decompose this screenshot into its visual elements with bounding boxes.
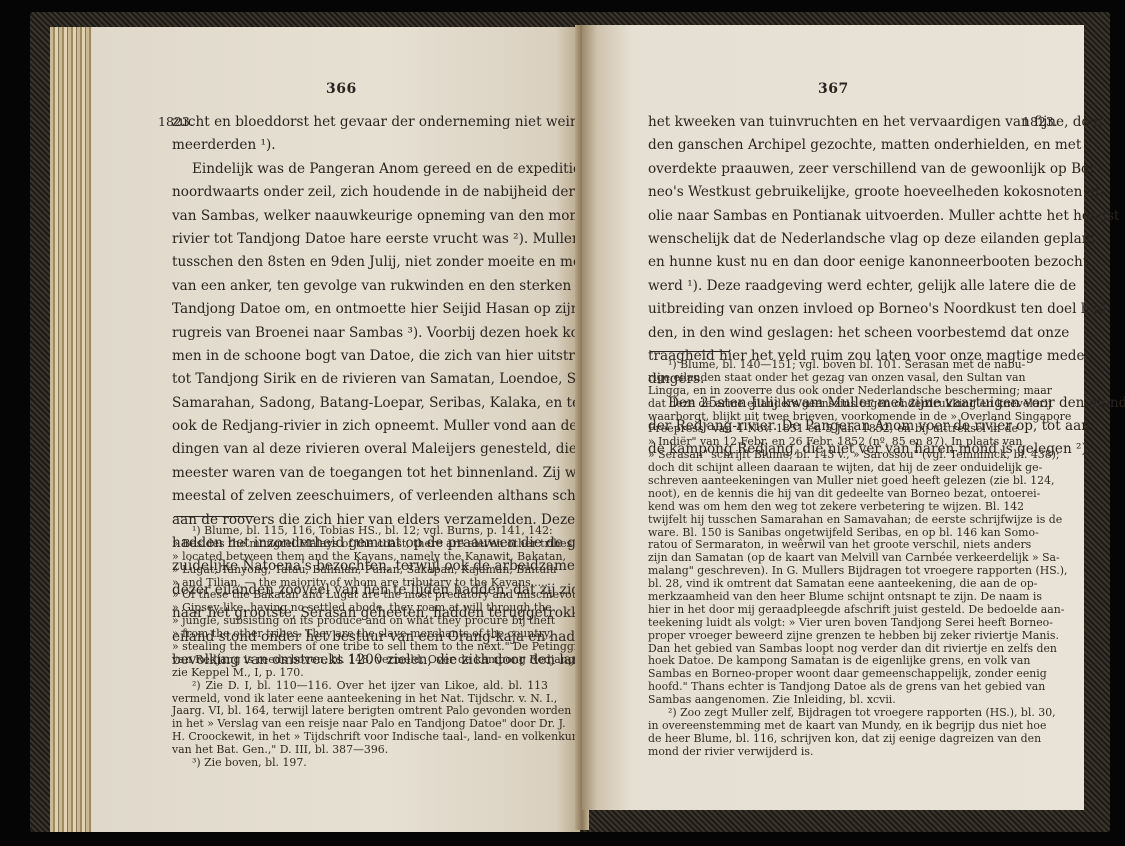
footnote-line: Lingga, en in zooverre dus ook onder Ned…: [648, 385, 1018, 398]
text-line: en hunne kust nu en dan door eenige kano…: [648, 251, 1018, 274]
text-line: tot Tandjong Sirik en de rivieren van Sa…: [172, 368, 548, 391]
footnote-line: » located between them and the Kayans, n…: [172, 551, 548, 564]
right-page: 367 1823. het kweeken van tuinvruchten e…: [582, 25, 1084, 810]
footnote-line: ¹) Blume, bl. 140—151; vgl. boven bl. 10…: [648, 359, 1018, 372]
text-line: tusschen den 8sten en 9den Julij, niet z…: [172, 251, 548, 274]
text-line: meester waren van de toegangen tot het b…: [172, 462, 548, 485]
text-line: Eindelijk was de Pangeran Anom gereed en…: [172, 158, 548, 181]
footnote-line: ²) Zoo zegt Muller zelf, Bijdragen tot v…: [648, 707, 1018, 720]
footnote-line: van Redjang is reeds boven, bl. 148, ver…: [172, 654, 548, 667]
text-line: den, in den wind geslagen: het scheen vo…: [648, 322, 1018, 345]
text-line: noordwaarts onder zeil, zich houdende in…: [172, 181, 548, 204]
footnote-line: zie Keppel M., I, p. 170.: [172, 667, 548, 680]
text-line: rugreis van Broenei naar Sambas ³). Voor…: [172, 322, 548, 345]
footnote-line: ³) Zie boven, bl. 197.: [172, 757, 548, 770]
footnote-line: » stealing the members of one tribe to s…: [172, 641, 548, 654]
text-line: van een anker, ten gevolge van rukwinden…: [172, 275, 548, 298]
text-line: werd ¹). Deze raadgeving werd echter, ge…: [648, 275, 1018, 298]
footnote-line: proper vroeger beweerd zijne grenzen te …: [648, 630, 1018, 643]
text-line: Tandjong Datoe om, en ontmoette hier Sei…: [172, 298, 548, 321]
page-edges: [50, 27, 94, 832]
text-line: meerderden ¹).: [172, 134, 548, 157]
text-line: dingen van al deze rivieren overal Malei…: [172, 438, 548, 461]
footnote-line: noot), en de kennis die hij van dit gede…: [648, 488, 1018, 501]
footnote-line: de heer Blume, bl. 116, schrijven kon, d…: [648, 733, 1018, 746]
footnote-line: » Lugat, Tanyong, Tatau, Balinian, Punan…: [172, 564, 548, 577]
footnote-line: » Besides the mongrel Malays of the coas…: [172, 538, 548, 551]
footnote-rule: [650, 351, 730, 352]
footnote-rule: [174, 516, 254, 517]
text-line: zucht en bloeddorst het gevaar der onder…: [172, 111, 548, 134]
text-line: meestal of zelven zeeschuimers, of verle…: [172, 485, 548, 508]
text-line: van Sambas, welker naauwkeurige opneming…: [172, 205, 548, 228]
text-line: den ganschen Archipel gezochte, matten o…: [648, 134, 1018, 157]
text-line: het kweeken van tuinvruchten en het verv…: [648, 111, 1018, 134]
footnote-line: hier in het door mij geraadpleegde afsch…: [648, 604, 1018, 617]
footnote-line: twijfelt hij tusschen Samarahan en Samav…: [648, 514, 1018, 527]
footnote-line: rige eilanden staat onder het gezag van …: [648, 372, 1018, 385]
footnote-line: ¹) Blume, bl. 115, 116, Tobias HS., bl. …: [172, 525, 548, 538]
left-page: 366 1823. zucht en bloeddorst het gevaar…: [92, 27, 580, 832]
footnote-line: merkzaamheid van den heer Blume schijnt …: [648, 591, 1018, 604]
footnote-line: dat deze de arme eilanders geenszins teg…: [648, 398, 1018, 411]
footnote-line: ²) Zie D. I, bl. 110—116. Over het ijzer…: [172, 680, 548, 693]
text-line: overdekte praauwen, zeer verschillend va…: [648, 158, 1018, 181]
text-line: men in de schoone bogt van Datoe, die zi…: [172, 345, 548, 368]
text-line: Samarahan, Sadong, Batang-Loepar, Seriba…: [172, 392, 548, 415]
text-line: olie naar Sambas en Pontianak uitvoerden…: [648, 205, 1018, 228]
footnotes: ¹) Blume, bl. 140—151; vgl. boven bl. 10…: [648, 359, 1018, 759]
page-number: 366: [326, 81, 357, 97]
footnotes: ¹) Blume, bl. 115, 116, Tobias HS., bl. …: [172, 525, 548, 770]
text-line: rivier tot Tandjong Datoe hare eerste vr…: [172, 228, 548, 251]
footnote-line: in overeenstemming met de kaart van Mund…: [648, 720, 1018, 733]
footnote-line: schreven aanteekeningen van Muller niet …: [648, 475, 1018, 488]
footnote-line: mond der rivier verwijderd is.: [648, 746, 1018, 759]
text-line: uitbreiding van onzen invloed op Borneo'…: [648, 298, 1018, 321]
text-line: neo's Westkust gebruikelijke, groote hoe…: [648, 181, 1018, 204]
text-line: ook de Redjang-rivier in zich opneemt. M…: [172, 415, 548, 438]
footnote-line: kend was om hem den weg tot zekere verbe…: [648, 501, 1018, 514]
footnote-line: teekening luidt als volgt: » Vier uren b…: [648, 617, 1018, 630]
page-number: 367: [818, 81, 849, 97]
text-line: wenschelijk dat de Nederlandsche vlag op…: [648, 228, 1018, 251]
